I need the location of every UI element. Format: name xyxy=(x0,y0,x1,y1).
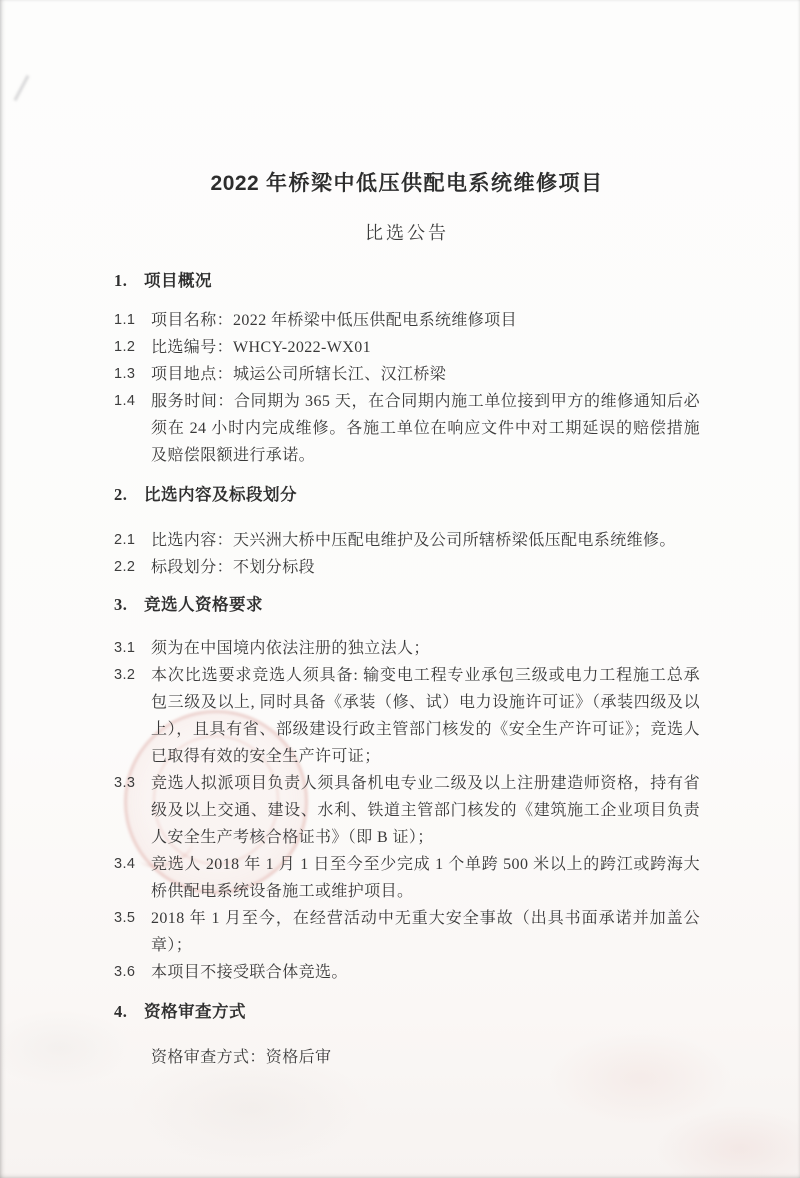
item-number: 3.3 xyxy=(114,770,151,851)
list-item: 2.2 标段划分：不划分标段 xyxy=(114,554,700,581)
title-year: 2022 xyxy=(211,172,260,195)
section-qualification-requirements: 3. 竞选人资格要求 3.1 须为在中国境内依法注册的独立法人； 3.2 本次比… xyxy=(114,593,700,986)
item-number: 1.3 xyxy=(114,361,151,388)
item-text: 本次比选要求竞选人须具备: 输变电工程专业承包三级或电力工程施工总承包三级及以上… xyxy=(151,662,700,770)
list-item: 3.5 2018 年 1 月至今，在经营活动中无重大安全事故（出具书面承诺并加盖… xyxy=(114,905,700,959)
section-project-overview: 1. 项目概况 1.1 项目名称：2022 年桥梁中低压供配电系统维修项目 1.… xyxy=(114,269,700,469)
section-items: 1.1 项目名称：2022 年桥梁中低压供配电系统维修项目 1.2 比选编号：W… xyxy=(114,307,700,469)
document-title: 2022 年桥梁中低压供配电系统维修项目 xyxy=(114,170,700,197)
section-number: 1. xyxy=(114,269,144,293)
section-body-text: 资格审查方式：资格后审 xyxy=(151,1044,700,1071)
item-number: 2.1 xyxy=(114,527,151,554)
section-title: 资格审查方式 xyxy=(144,1000,246,1024)
item-text: 竞选人 2018 年 1 月 1 日至今至少完成 1 个单跨 500 米以上的跨… xyxy=(151,851,700,905)
section-heading: 3. 竞选人资格要求 xyxy=(114,593,700,617)
section-title: 竞选人资格要求 xyxy=(144,593,263,617)
section-items: 3.1 须为在中国境内依法注册的独立法人； 3.2 本次比选要求竞选人须具备: … xyxy=(114,635,700,986)
list-item: 1.3 项目地点：城运公司所辖长江、汉江桥梁 xyxy=(114,361,700,388)
document-content: 2022 年桥梁中低压供配电系统维修项目 比选公告 1. 项目概况 1.1 项目… xyxy=(0,0,800,1071)
section-title: 项目概况 xyxy=(144,269,212,293)
item-text: 比选编号：WHCY-2022-WX01 xyxy=(151,334,700,361)
item-number: 3.2 xyxy=(114,662,151,770)
section-number: 2. xyxy=(114,483,144,507)
section-heading: 1. 项目概况 xyxy=(114,269,700,293)
item-number: 2.2 xyxy=(114,554,151,581)
list-item: 2.1 比选内容：天兴洲大桥中压配电维护及公司所辖桥梁低压配电系统维修。 xyxy=(114,527,700,554)
item-text: 项目名称：2022 年桥梁中低压供配电系统维修项目 xyxy=(151,307,700,334)
scanned-document-page: 2022 年桥梁中低压供配电系统维修项目 比选公告 1. 项目概况 1.1 项目… xyxy=(0,0,800,1178)
item-number: 3.5 xyxy=(114,905,151,959)
list-item: 3.3 竞选人拟派项目负责人须具备机电专业二级及以上注册建造师资格，持有省级及以… xyxy=(114,770,700,851)
item-number: 1.2 xyxy=(114,334,151,361)
list-item: 1.4 服务时间：合同期为 365 天，在合同期内施工单位接到甲方的维修通知后必… xyxy=(114,388,700,469)
section-heading: 4. 资格审查方式 xyxy=(114,1000,700,1024)
item-text: 标段划分：不划分标段 xyxy=(151,554,700,581)
list-item: 3.4 竞选人 2018 年 1 月 1 日至今至少完成 1 个单跨 500 米… xyxy=(114,851,700,905)
list-item: 1.1 项目名称：2022 年桥梁中低压供配电系统维修项目 xyxy=(114,307,700,334)
item-number: 1.4 xyxy=(114,388,151,469)
item-text: 比选内容：天兴洲大桥中压配电维护及公司所辖桥梁低压配电系统维修。 xyxy=(151,527,700,554)
title-text: 年桥梁中低压供配电系统维修项目 xyxy=(259,171,603,195)
item-text: 本项目不接受联合体竞选。 xyxy=(151,959,700,986)
section-heading: 2. 比选内容及标段划分 xyxy=(114,483,700,507)
section-title: 比选内容及标段划分 xyxy=(144,483,297,507)
list-item: 1.2 比选编号：WHCY-2022-WX01 xyxy=(114,334,700,361)
section-qualification-review: 4. 资格审查方式 资格审查方式：资格后审 xyxy=(114,1000,700,1071)
item-text: 2018 年 1 月至今，在经营活动中无重大安全事故（出具书面承诺并加盖公章）； xyxy=(151,905,700,959)
section-bid-content: 2. 比选内容及标段划分 2.1 比选内容：天兴洲大桥中压配电维护及公司所辖桥梁… xyxy=(114,483,700,581)
list-item: 3.2 本次比选要求竞选人须具备: 输变电工程专业承包三级或电力工程施工总承包三… xyxy=(114,662,700,770)
section-number: 3. xyxy=(114,593,144,617)
item-number: 3.1 xyxy=(114,635,151,662)
list-item: 3.6 本项目不接受联合体竞选。 xyxy=(114,959,700,986)
item-text: 项目地点：城运公司所辖长江、汉江桥梁 xyxy=(151,361,700,388)
item-number: 3.4 xyxy=(114,851,151,905)
document-subtitle: 比选公告 xyxy=(114,221,700,245)
section-items: 2.1 比选内容：天兴洲大桥中压配电维护及公司所辖桥梁低压配电系统维修。 2.2… xyxy=(114,527,700,581)
item-number: 3.6 xyxy=(114,959,151,986)
item-text: 服务时间：合同期为 365 天，在合同期内施工单位接到甲方的维修通知后必须在 2… xyxy=(151,388,700,469)
item-text: 竞选人拟派项目负责人须具备机电专业二级及以上注册建造师资格，持有省级及以上交通、… xyxy=(151,770,700,851)
list-item: 3.1 须为在中国境内依法注册的独立法人； xyxy=(114,635,700,662)
item-number: 1.1 xyxy=(114,307,151,334)
section-number: 4. xyxy=(114,1000,144,1024)
item-text: 须为在中国境内依法注册的独立法人； xyxy=(151,635,700,662)
